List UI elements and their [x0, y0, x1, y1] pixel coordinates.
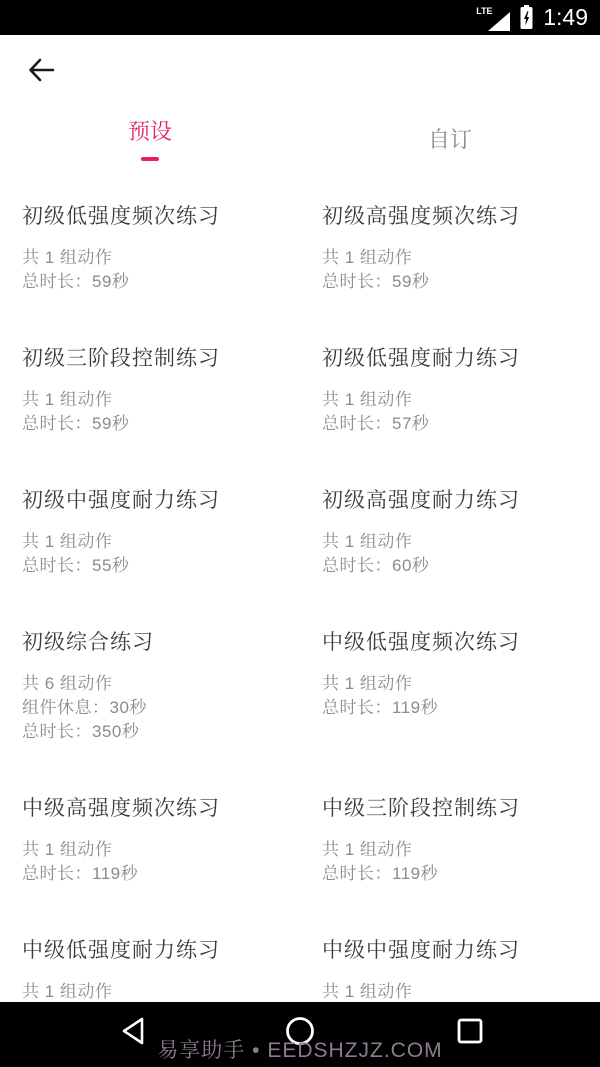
preset-detail: 共 6 组动作 [22, 672, 288, 696]
preset-item[interactable]: 初级高强度频次练习共 1 组动作总时长：59秒 [300, 202, 600, 294]
preset-detail: 总时长：59秒 [22, 412, 288, 436]
preset-title: 初级中强度耐力练习 [22, 486, 288, 516]
preset-detail: 共 1 组动作 [322, 530, 588, 554]
preset-detail: 共 1 组动作 [22, 388, 288, 412]
preset-item[interactable]: 中级高强度频次练习共 1 组动作总时长：119秒 [0, 794, 300, 886]
preset-item[interactable]: 初级综合练习共 6 组动作组件休息：30秒总时长：350秒 [0, 628, 300, 744]
signal-icon: LTE [476, 5, 510, 31]
preset-detail: 总时长：60秒 [322, 554, 588, 578]
tab-presets[interactable]: 预设 [0, 105, 300, 175]
preset-detail: 总时长：350秒 [22, 720, 288, 744]
preset-detail: 共 1 组动作 [322, 672, 588, 696]
preset-detail: 总时长：55秒 [22, 554, 288, 578]
screen: LTE 1:49 预设 自订 初级低强度频次练习共 1 组动作总时长：5 [0, 0, 600, 1067]
preset-detail: 共 1 组动作 [22, 980, 288, 1004]
signal-triangle-icon [488, 12, 510, 31]
nav-recents-icon[interactable] [454, 1015, 486, 1047]
preset-detail: 共 1 组动作 [22, 246, 288, 270]
preset-item[interactable]: 中级低强度耐力练习共 1 组动作 [0, 936, 300, 1004]
clock: 1:49 [543, 4, 588, 31]
preset-detail: 共 1 组动作 [322, 838, 588, 862]
tab-custom[interactable]: 自订 [300, 105, 600, 175]
preset-detail: 总时长：119秒 [322, 696, 588, 720]
preset-item[interactable]: 初级中强度耐力练习共 1 组动作总时长：55秒 [0, 486, 300, 578]
tab-bar: 预设 自订 [0, 105, 600, 175]
preset-item[interactable]: 中级三阶段控制练习共 1 组动作总时长：119秒 [300, 794, 600, 886]
tab-custom-label: 自订 [428, 127, 472, 153]
status-bar: LTE 1:49 [0, 0, 600, 35]
preset-title: 中级中强度耐力练习 [322, 936, 588, 966]
back-arrow-icon [26, 55, 56, 85]
nav-back-icon[interactable] [119, 1015, 151, 1047]
preset-title: 初级三阶段控制练习 [22, 344, 288, 374]
app-bar [0, 35, 600, 105]
preset-detail: 总时长：57秒 [322, 412, 588, 436]
navigation-bar: 易享助手 • EEDSHZJZ.COM [0, 1002, 600, 1067]
preset-detail: 共 1 组动作 [322, 980, 588, 1004]
preset-item[interactable]: 中级低强度频次练习共 1 组动作总时长：119秒 [300, 628, 600, 720]
preset-title: 中级三阶段控制练习 [322, 794, 588, 824]
battery-charging-icon [519, 5, 534, 30]
preset-detail: 总时长：119秒 [22, 862, 288, 886]
tab-presets-label: 预设 [128, 119, 172, 145]
preset-title: 初级综合练习 [22, 628, 288, 658]
preset-item[interactable]: 初级低强度频次练习共 1 组动作总时长：59秒 [0, 202, 300, 294]
preset-detail: 组件休息：30秒 [22, 696, 288, 720]
back-button[interactable] [18, 47, 64, 93]
preset-detail: 总时长：119秒 [322, 862, 588, 886]
preset-grid: 初级低强度频次练习共 1 组动作总时长：59秒初级高强度频次练习共 1 组动作总… [0, 175, 600, 1004]
preset-item[interactable]: 初级三阶段控制练习共 1 组动作总时长：59秒 [0, 344, 300, 436]
preset-detail: 共 1 组动作 [322, 388, 588, 412]
preset-title: 初级高强度频次练习 [322, 202, 588, 232]
nav-home-icon[interactable] [284, 1015, 316, 1047]
active-tab-indicator [141, 157, 159, 161]
preset-item[interactable]: 初级高强度耐力练习共 1 组动作总时长：60秒 [300, 486, 600, 578]
preset-detail: 共 1 组动作 [322, 246, 588, 270]
preset-detail: 总时长：59秒 [22, 270, 288, 294]
preset-detail: 共 1 组动作 [22, 530, 288, 554]
preset-detail: 共 1 组动作 [22, 838, 288, 862]
preset-item[interactable]: 中级中强度耐力练习共 1 组动作 [300, 936, 600, 1004]
preset-item[interactable]: 初级低强度耐力练习共 1 组动作总时长：57秒 [300, 344, 600, 436]
preset-title: 初级高强度耐力练习 [322, 486, 588, 516]
preset-title: 中级低强度耐力练习 [22, 936, 288, 966]
preset-title: 中级低强度频次练习 [322, 628, 588, 658]
preset-title: 初级低强度耐力练习 [322, 344, 588, 374]
preset-title: 初级低强度频次练习 [22, 202, 288, 232]
preset-title: 中级高强度频次练习 [22, 794, 288, 824]
preset-detail: 总时长：59秒 [322, 270, 588, 294]
